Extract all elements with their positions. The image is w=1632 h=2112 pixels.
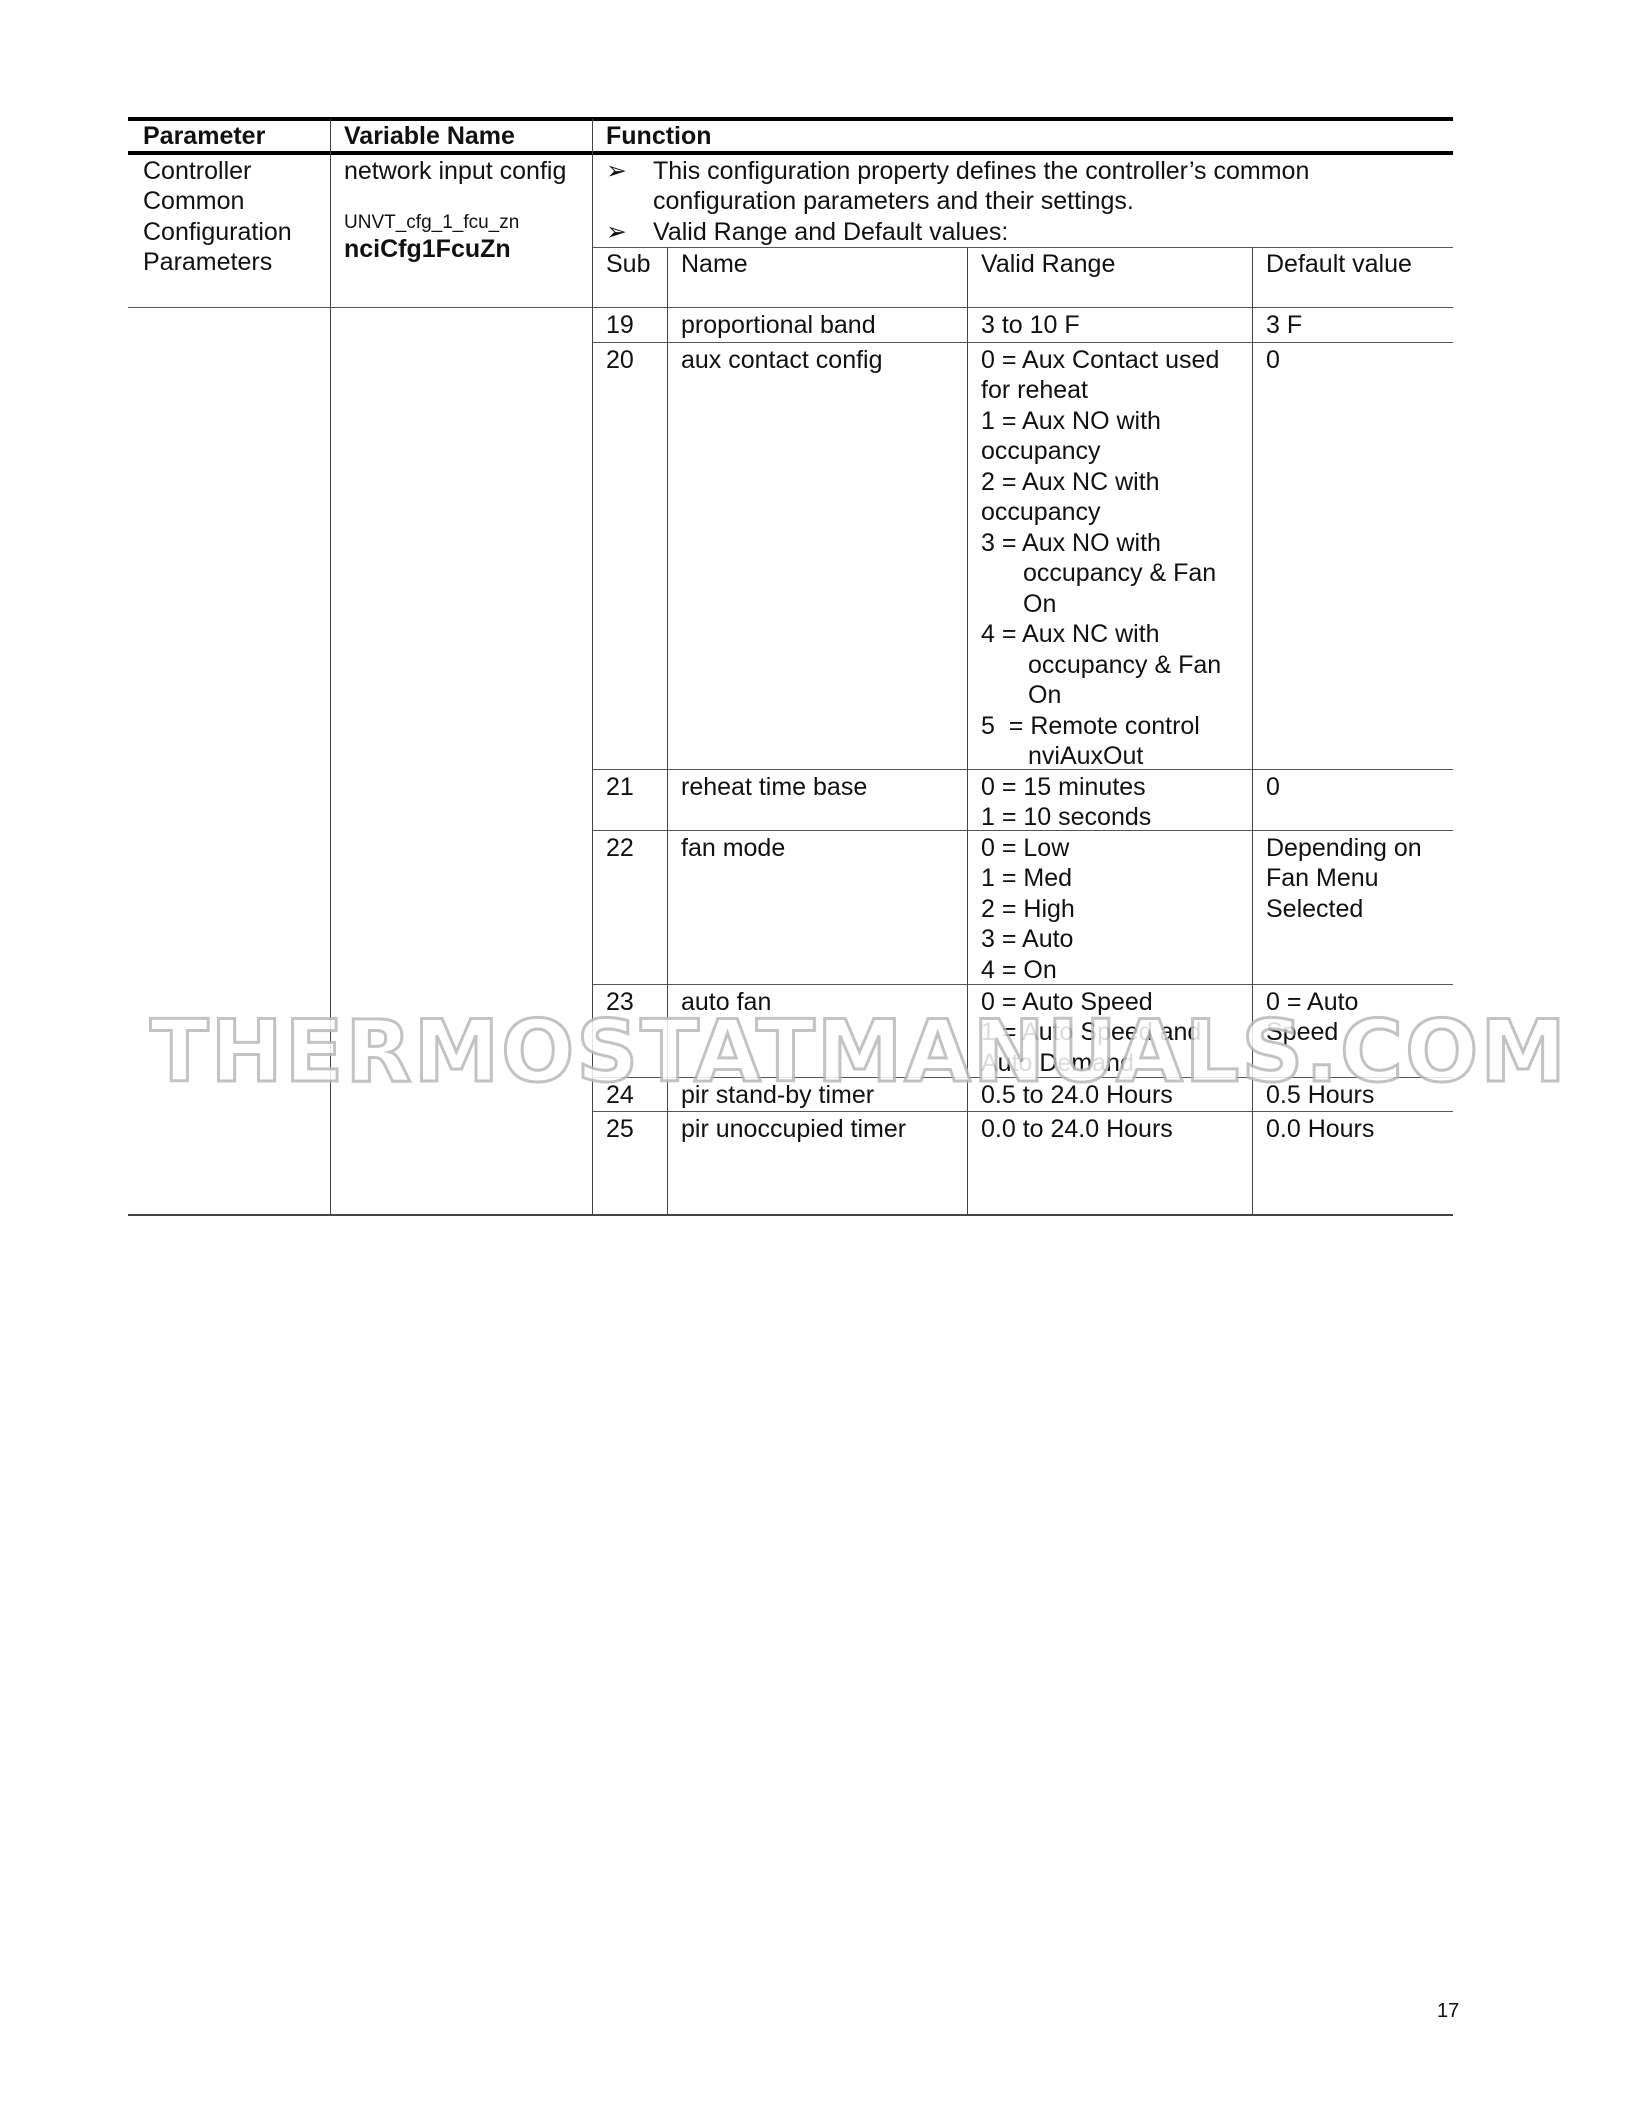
row-range: 1 = Aux NO with [981,406,1161,437]
row-range: 3 = Aux NO with [981,528,1161,559]
row-default: 3 F [1266,310,1302,341]
row-name: aux contact config [681,345,883,376]
row-sub: 20 [606,345,634,376]
variable-type: UNVT_cfg_1_fcu_zn [344,211,519,235]
row-range: 4 = On [981,955,1057,986]
row-divider [592,769,1453,770]
row-default: 0 [1266,772,1280,803]
row-name: fan mode [681,833,785,864]
row-range: 5 = Remote control [981,711,1200,742]
header-variable-name: Variable Name [344,121,515,152]
row-default: 0 [1266,345,1280,376]
row-range: 3 = Auto [981,924,1073,955]
row-range: 2 = High [981,894,1075,925]
row-name: proportional band [681,310,876,341]
row-name: pir unoccupied timer [681,1114,906,1145]
row-default: Depending on [1266,833,1422,864]
row-range: occupancy & Fan [1028,650,1221,681]
row-range: 0 = Aux Contact used [981,345,1219,376]
row-default: 0.0 Hours [1266,1114,1374,1145]
row-range: 0.0 to 24.0 Hours [981,1114,1173,1145]
table-bottom-rule [128,1214,1453,1216]
row-range: 2 = Aux NC with [981,467,1160,498]
row-divider [592,342,1453,343]
header-bottom-rule [128,151,1453,155]
function-text: Valid Range and Default values: [653,217,1008,248]
row-range: for reheat [981,375,1088,406]
table-top-rule [128,117,1453,121]
row-range: On [1023,589,1056,620]
row-sub: 19 [606,310,634,341]
row-range: 4 = Aux NC with [981,619,1160,650]
subheader-name: Name [681,249,748,280]
row-range: 3 to 10 F [981,310,1080,341]
variable-label: network input config [344,156,566,187]
subheader-sub: Sub [606,249,650,280]
arrowhead-bullet-icon: ➢ [606,217,627,248]
page-number: 17 [1437,2000,1459,2023]
row-default: Selected [1266,894,1363,925]
header-parameter: Parameter [143,121,265,152]
parameter-line: Configuration [143,217,292,248]
parameter-line: Common [143,186,244,217]
header-function: Function [606,121,712,152]
row-range: 0 = 15 minutes [981,772,1146,803]
function-text: configuration parameters and their setti… [653,186,1134,217]
row-divider [592,1111,1453,1112]
function-text: This configuration property defines the … [653,156,1309,187]
variable-name: nciCfg1FcuZn [344,234,511,265]
row-name: reheat time base [681,772,867,803]
parameter-line: Controller [143,156,251,187]
row-divider [128,307,1453,308]
row-sub: 21 [606,772,634,803]
row-default: Fan Menu [1266,863,1379,894]
row-range: nviAuxOut [1028,741,1143,772]
row-range: occupancy & Fan [1023,558,1216,589]
row-range: 1 = Med [981,863,1072,894]
row-range: 1 = 10 seconds [981,802,1151,833]
row-sub: 22 [606,833,634,864]
row-range: On [1028,680,1061,711]
watermark: THERMOSTATMANUALS.COM [150,1002,1568,1102]
subheader-valid-range: Valid Range [981,249,1115,280]
row-range: occupancy [981,497,1101,528]
subheader-default-value: Default value [1266,249,1412,280]
arrowhead-bullet-icon: ➢ [606,156,627,187]
parameter-line: Parameters [143,247,272,278]
row-sub: 25 [606,1114,634,1145]
row-range: occupancy [981,436,1101,467]
row-range: 0 = Low [981,833,1069,864]
